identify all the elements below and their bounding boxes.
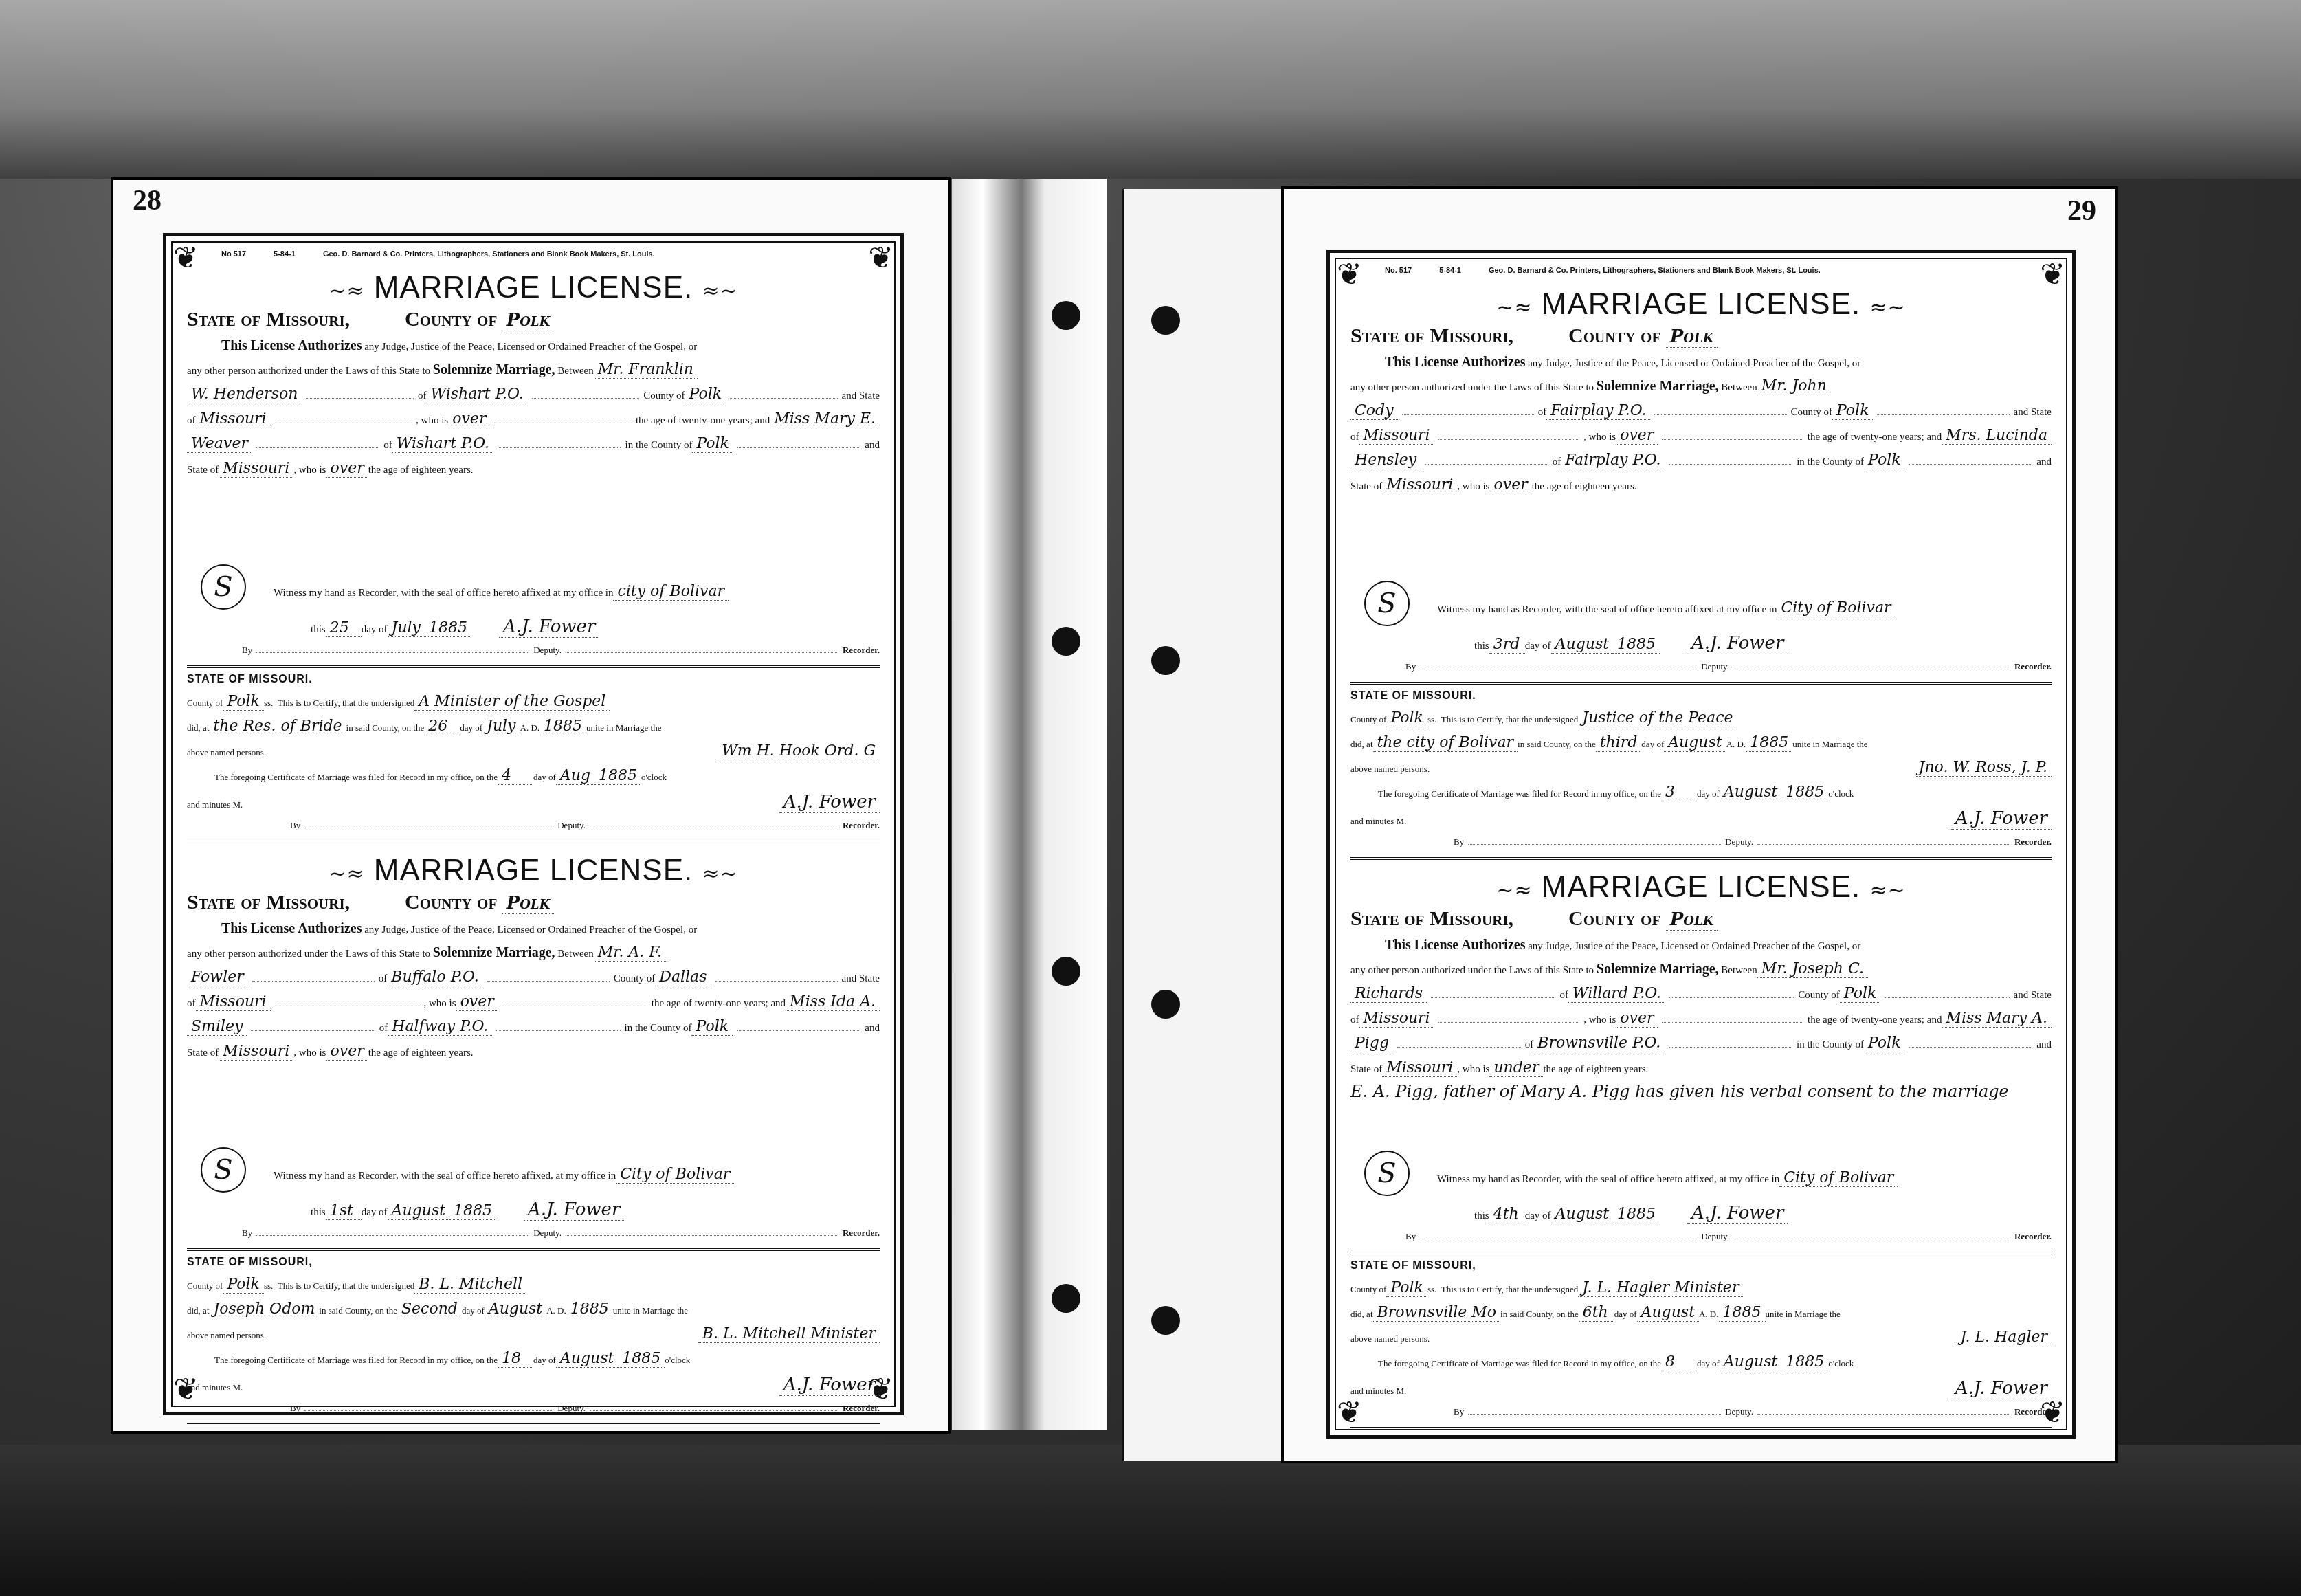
of-label: of (1350, 432, 1359, 443)
recorder-label: Recorder. (843, 645, 880, 656)
groom-county: Dallas (655, 968, 711, 986)
unite-label: unite in Marriage the (586, 722, 661, 733)
and-state-label: and State (2014, 407, 2052, 419)
foregoing-label: The foregoing Certificate of Marriage wa… (214, 1355, 498, 1366)
day-of-label: day of (1525, 1210, 1551, 1222)
by-label: By (290, 1403, 300, 1414)
recorder-seal-icon: S (201, 1147, 246, 1193)
marriage-license: ~≈ MARRIAGE LICENSE. ≈~ State of Missour… (1350, 844, 2052, 1435)
certificate-county: Polk (1386, 709, 1427, 727)
groom-state: Missouri (196, 410, 271, 428)
county-label: County of (405, 308, 497, 331)
filed-recorder-signature: A.J. Fower (779, 792, 880, 813)
flourish-icon: ~≈ (329, 862, 364, 886)
flourish-icon: ≈~ (702, 279, 737, 303)
day-of-label: day of (1614, 1309, 1637, 1320)
witness-line: S Witness my hand as Recorder, with the … (187, 1147, 880, 1193)
recorder-signature: A.J. Fower (499, 617, 599, 638)
groom-age-line: of Missouri , who is over the age of twe… (1350, 1010, 2052, 1028)
marriage-license: ~≈ MARRIAGE LICENSE. ≈~ State of Missour… (187, 828, 880, 1432)
filed-deputy-line: By Deputy. Recorder. (187, 1403, 880, 1414)
bride-name-part1: Miss Ida A. (786, 993, 880, 1011)
authorizes-label: This License Authorizes (221, 338, 362, 354)
deputy-label: Deputy. (557, 1403, 586, 1414)
license-title: ~≈ MARRIAGE LICENSE. ≈~ (187, 271, 880, 305)
bride-post-office: Halfway P.O. (388, 1018, 492, 1036)
county-value: Polk (1666, 909, 1718, 931)
and-state-label: and State (2014, 990, 2052, 1001)
did-at-label: did, at (187, 1305, 210, 1316)
oclock-label: o'clock (1828, 1358, 1854, 1369)
state-county-line: State of Missouri, County of Polk (1350, 907, 2052, 931)
authorization-line: This License Authorizes any Judge, Justi… (1350, 355, 2052, 370)
solemnize-label: Solemnize Marriage, (1597, 962, 1719, 977)
deputy-label: Deputy. (1701, 661, 1729, 672)
groom-name-part2: Cody (1350, 402, 1398, 420)
divider (187, 1248, 880, 1251)
county-label: County of (405, 891, 497, 913)
witness-place: city of Bolivar (613, 583, 729, 601)
minutes-label: and minutes M. (187, 799, 243, 810)
county-value: Polk (502, 310, 555, 331)
witness-line: S Witness my hand as Recorder, with the … (1350, 581, 2052, 626)
binder-hole (1052, 627, 1080, 656)
bride-county: Polk (1864, 452, 1905, 469)
authorizes-label: This License Authorizes (1385, 355, 1525, 370)
oclock-label: o'clock (665, 1355, 690, 1366)
who-is-label: , who is (293, 465, 326, 476)
authorization-line: This License Authorizes any Judge, Justi… (1350, 938, 2052, 953)
bride-age: over (1489, 476, 1531, 494)
binder-hole (1151, 306, 1180, 335)
certificate-line-3: above named persons. Wm H. Hook Ord. G (187, 742, 880, 760)
authorization-text-2: any other person authorized under the La… (187, 949, 430, 960)
solemnize-label: Solemnize Marriage, (433, 945, 555, 961)
groom-state: Missouri (1359, 427, 1434, 445)
authorization-text: any Judge, Justice of the Peace, License… (1528, 358, 1860, 370)
by-label: By (1405, 1231, 1416, 1242)
day-of-label: day of (1697, 788, 1720, 799)
groom-name-part2: W. Henderson (187, 386, 302, 403)
county-of-label: County of (1350, 1284, 1386, 1295)
witness-month: August (388, 1202, 449, 1220)
license-form-frame: ❦ ❦ ❦ ❦ No. 517 5-84-1 Geo. D. Barnard &… (1326, 250, 2076, 1439)
authorization-line: This License Authorizes any Judge, Justi… (187, 338, 880, 354)
ledger-page-left: 28 ❦ ❦ ❦ ❦ No 517 5-84-1 Geo. D. Barnard… (113, 180, 948, 1431)
of-label: of (379, 973, 388, 985)
groom-county: Polk (1840, 985, 1881, 1003)
groom-post-office: Willard P.O. (1568, 985, 1665, 1003)
in-county-label: in the County of (1797, 1039, 1864, 1051)
bride-name-part2: Hensley (1350, 452, 1421, 469)
above-named-label: above named persons. (187, 747, 266, 758)
certificate-line-3: above named persons. Jno. W. Ross, J. P. (1350, 759, 2052, 777)
form-number: No. 517 (1385, 267, 1412, 275)
witness-text: Witness my hand as Recorder, with the se… (1437, 604, 1777, 616)
license-title-text: MARRIAGE LICENSE. (1542, 287, 1860, 321)
witness-text: Witness my hand as Recorder, with the se… (1437, 1174, 1779, 1186)
between-label: Between (1721, 965, 1757, 977)
foregoing-label: The foregoing Certificate of Marriage wa… (1378, 788, 1661, 799)
witness-month: July (388, 619, 425, 637)
groom-state: Missouri (196, 993, 271, 1011)
deputy-line: By Deputy. Recorder. (1350, 661, 2052, 672)
filed-minutes-line: and minutes M. A.J. Fower (1350, 1378, 2052, 1399)
age-18-label: the age of eighteen years. (368, 1048, 474, 1059)
license-title: ~≈ MARRIAGE LICENSE. ≈~ (187, 854, 880, 888)
witness-place: City of Bolivar (1779, 1169, 1898, 1187)
state-of-label: State of (1350, 1064, 1382, 1076)
bride-line: Pigg of Brownsville P.O. in the County o… (1350, 1034, 2052, 1052)
bride-line: Smiley of Halfway P.O. in the County of … (187, 1018, 880, 1036)
above-named-label: above named persons. (1350, 764, 1430, 775)
recorder-label: Recorder. (843, 1228, 880, 1239)
witness-date-line: this 3rd day of August 1885 A.J. Fower (1350, 633, 2052, 654)
ad-label: A. D. (546, 1305, 566, 1316)
minutes-label: and minutes M. (1350, 1386, 1406, 1397)
groom-age-line: of Missouri , who is over the age of twe… (1350, 427, 2052, 445)
solemnize-line: any other person authorized under the La… (187, 944, 880, 962)
witness-month: August (1551, 636, 1613, 654)
certificate-state-heading: STATE OF MISSOURI. (187, 674, 880, 686)
ceremony-day: third (1596, 734, 1642, 752)
certificate-line-1: County of Polk ss. This is to Certify, t… (187, 693, 880, 711)
age-21-label: the age of twenty-one years; and (1808, 432, 1942, 443)
ss-label: ss. (264, 1281, 273, 1292)
and-label: and (865, 1023, 880, 1034)
recorder-seal-icon: S (201, 564, 246, 610)
authorization-text: any Judge, Justice of the Peace, License… (364, 924, 697, 936)
bride-name-part2: Smiley (187, 1018, 247, 1036)
state-county-line: State of Missouri, County of Polk (187, 891, 880, 914)
certificate-state-heading: STATE OF MISSOURI. (1350, 690, 2052, 702)
between-label: Between (557, 366, 593, 377)
bride-county: Polk (1864, 1034, 1905, 1052)
bride-age: under (1489, 1059, 1543, 1077)
page-number: 29 (2067, 195, 2096, 228)
recorder-label: Recorder. (2014, 1406, 2052, 1417)
recorder-seal-icon: S (1364, 581, 1410, 626)
groom-county: Polk (685, 386, 726, 403)
unite-label: unite in Marriage the (1766, 1309, 1841, 1320)
witness-date-line: this 1st day of August 1885 A.J. Fower (187, 1199, 880, 1221)
filed-minutes-line: and minutes M. A.J. Fower (187, 1375, 880, 1396)
witness-place: City of Bolivar (616, 1166, 734, 1184)
ceremony-year: 1885 (540, 718, 586, 735)
witness-text: Witness my hand as Recorder, with the se… (274, 588, 613, 599)
witness-text: Witness my hand as Recorder, with the se… (274, 1171, 616, 1182)
county-of-label: County of (187, 1281, 223, 1292)
did-at-label: did, at (1350, 739, 1373, 750)
bride-county: Polk (692, 435, 733, 453)
bride-post-office: Brownsville P.O. (1533, 1034, 1665, 1052)
age-18-label: the age of eighteen years. (368, 465, 474, 476)
officiant-signature: B. L. Mitchell Minister (698, 1325, 880, 1343)
witness-year: 1885 (425, 619, 471, 637)
authorizes-label: This License Authorizes (221, 921, 362, 937)
age-18-label: the age of eighteen years. (1532, 481, 1637, 493)
recorder-label: Recorder. (843, 1403, 880, 1414)
bride-name-part1: Miss Mary E. (770, 410, 880, 428)
filed-month: August (1720, 1353, 1781, 1371)
foregoing-label: The foregoing Certificate of Marriage wa… (1378, 1358, 1661, 1369)
certificate-state-heading: STATE OF MISSOURI, (1350, 1260, 2052, 1272)
filed-year: 1885 (594, 767, 641, 785)
binder-hole (1151, 1306, 1180, 1335)
ss-label: ss. (1427, 1284, 1436, 1295)
ceremony-year: 1885 (1746, 734, 1792, 752)
certificate-county: Polk (223, 1276, 264, 1294)
day-of-label: day of (462, 1305, 485, 1316)
day-of-label: day of (1641, 739, 1664, 750)
certify-label: This is to Certify, that the undersigned (278, 1281, 415, 1292)
this-label: this (1474, 1210, 1489, 1222)
certificate-officiant-title: J. L. Hagler Minister (1578, 1279, 1743, 1297)
state-label: State of Missouri, (187, 308, 350, 331)
recorder-signature: A.J. Fower (1687, 633, 1788, 654)
recorder-label: Recorder. (2014, 661, 2052, 672)
form-number: No 517 (221, 250, 246, 258)
groom-age: over (1616, 1010, 1658, 1028)
filed-line: The foregoing Certificate of Marriage wa… (187, 1350, 880, 1368)
certificate-line-1: County of Polk ss. This is to Certify, t… (1350, 1279, 2052, 1297)
printer-line: No 517 5-84-1 Geo. D. Barnard & Co. Prin… (187, 250, 880, 258)
groom-line: Richards of Willard P.O. County of Polk … (1350, 985, 2052, 1003)
ceremony-place: the city of Bolivar (1373, 734, 1518, 752)
ad-label: A. D. (520, 722, 540, 733)
groom-post-office: Buffalo P.O. (387, 968, 482, 986)
and-label: and (865, 440, 880, 452)
bride-name-part2: Weaver (187, 435, 252, 453)
binder-hole (1151, 990, 1180, 1019)
above-named-label: above named persons. (187, 1330, 266, 1341)
deputy-line: By Deputy. Recorder. (187, 645, 880, 656)
groom-age-line: of Missouri , who is over the age of twe… (187, 993, 880, 1011)
binder-hole (1052, 1284, 1080, 1313)
age-21-label: the age of twenty-one years; and (652, 998, 786, 1010)
deputy-label: Deputy. (533, 645, 562, 656)
solemnize-label: Solemnize Marriage, (1597, 379, 1719, 395)
of-label: of (187, 998, 196, 1010)
who-is-label: , who is (1457, 1064, 1489, 1076)
flourish-icon: ~≈ (1496, 296, 1532, 320)
consent-note: E. A. Pigg, father of Mary A. Pigg has g… (1350, 1081, 2052, 1102)
certificate-line-3: above named persons. J. L. Hagler (1350, 1329, 2052, 1346)
ss-label: ss. (264, 698, 273, 709)
ceremony-month: August (1664, 734, 1726, 752)
ledger-page-right: 29 ❦ ❦ ❦ ❦ No. 517 5-84-1 Geo. D. Barnar… (1284, 189, 2115, 1461)
groom-name-part2: Richards (1350, 985, 1427, 1003)
groom-name-part1: Mr. Franklin (594, 361, 698, 379)
ceremony-place: Brownsville Mo (1373, 1304, 1501, 1322)
filed-year: 1885 (618, 1350, 665, 1368)
ss-label: ss. (1427, 714, 1436, 725)
day-of-label: day of (1525, 641, 1551, 652)
of-label: of (187, 415, 196, 427)
certificate-officiant-title: Justice of the Peace (1578, 709, 1737, 727)
deputy-label: Deputy. (1701, 1231, 1729, 1242)
groom-age: over (456, 993, 498, 1011)
age-18-label: the age of eighteen years. (1543, 1064, 1648, 1076)
minutes-label: and minutes M. (187, 1382, 243, 1393)
ceremony-year: 1885 (566, 1300, 613, 1318)
recorder-signature: A.J. Fower (524, 1199, 624, 1221)
witness-year: 1885 (1613, 1206, 1660, 1223)
of-label: of (1559, 990, 1568, 1001)
filed-month: August (556, 1350, 618, 1368)
age-21-label: the age of twenty-one years; and (636, 415, 770, 427)
day-of-label: day of (362, 1207, 388, 1219)
unite-label: unite in Marriage the (1792, 739, 1867, 750)
binding-gutter (952, 179, 1107, 1430)
witness-day: 25 (326, 619, 362, 637)
and-label: and (2036, 1039, 2052, 1051)
witness-day: 3rd (1489, 636, 1525, 654)
filed-month: August (1720, 784, 1781, 801)
certificate-line-1: County of Polk ss. This is to Certify, t… (187, 1276, 880, 1294)
between-label: Between (557, 949, 593, 960)
of-label: of (1350, 1015, 1359, 1026)
certify-label: This is to Certify, that the undersigned (1441, 714, 1579, 725)
bride-name-part1: Mrs. Lucinda (1942, 427, 2052, 445)
license-form-frame: ❦ ❦ ❦ ❦ No 517 5-84-1 Geo. D. Barnard & … (163, 233, 904, 1415)
solemnize-line: any other person authorized under the La… (1350, 377, 2052, 395)
groom-name-part1: Mr. John (1757, 377, 1831, 395)
day-of-label: day of (460, 722, 482, 733)
state-county-line: State of Missouri, County of Polk (1350, 324, 2052, 348)
flourish-icon: ~≈ (1496, 878, 1532, 902)
witness-month: August (1551, 1206, 1613, 1223)
certificate-line-2: did, at Brownsville Mo in said County, o… (1350, 1304, 2052, 1322)
binder-hole (1052, 301, 1080, 330)
officiant-signature: Wm H. Hook Ord. G (718, 742, 880, 760)
county-of-label: County of (1350, 714, 1386, 725)
witness-day: 4th (1489, 1206, 1525, 1223)
who-is-label: , who is (1583, 432, 1616, 443)
and-label: and (2036, 456, 2052, 468)
certificate-state-heading: STATE OF MISSOURI, (187, 1256, 880, 1269)
in-county-label: in the County of (625, 1023, 692, 1034)
filed-line: The foregoing Certificate of Marriage wa… (1350, 1353, 2052, 1371)
by-label: By (1405, 661, 1416, 672)
groom-name-part2: Fowler (187, 968, 248, 986)
recorder-label: Recorder. (2014, 1231, 2052, 1242)
in-said-county-label: in said County, on the (1500, 1309, 1579, 1320)
bride-state: Missouri (219, 460, 293, 478)
filed-day: 3 (1661, 784, 1697, 801)
page-number: 28 (133, 184, 162, 217)
county-label: County of (1568, 324, 1660, 347)
groom-state: Missouri (1359, 1010, 1434, 1028)
certify-label: This is to Certify, that the undersigned (278, 698, 415, 709)
county-of-label: County of (1798, 990, 1839, 1001)
groom-name-part1: Mr. A. F. (594, 944, 666, 962)
filed-minutes-line: and minutes M. A.J. Fower (1350, 808, 2052, 830)
witness-year: 1885 (449, 1202, 496, 1220)
witness-line: S Witness my hand as Recorder, with the … (1350, 1151, 2052, 1196)
filed-minutes-line: and minutes M. A.J. Fower (187, 792, 880, 813)
recorder-seal-icon: S (1364, 1151, 1410, 1196)
background-top (0, 0, 2301, 179)
county-of-label: County of (614, 973, 655, 985)
who-is-label: , who is (424, 998, 456, 1010)
bride-age-line: State of Missouri , who is over the age … (1350, 476, 2052, 494)
by-label: By (242, 1228, 252, 1239)
this-label: this (311, 1207, 326, 1219)
who-is-label: , who is (1583, 1015, 1616, 1026)
of-label: of (379, 1023, 388, 1034)
county-of-label: County of (187, 698, 223, 709)
between-label: Between (1721, 382, 1757, 394)
authorization-text: any Judge, Justice of the Peace, License… (1528, 941, 1860, 953)
filed-recorder-signature: A.J. Fower (1951, 808, 2052, 830)
groom-age: over (1616, 427, 1658, 445)
county-value: Polk (1666, 326, 1718, 348)
divider (1350, 1427, 2052, 1430)
printer-line: No. 517 5-84-1 Geo. D. Barnard & Co. Pri… (1350, 267, 2052, 275)
ad-label: A. D. (1699, 1309, 1719, 1320)
day-of-label: day of (533, 772, 556, 783)
bride-age: over (326, 460, 368, 478)
county-of-label: County of (1791, 407, 1832, 419)
solemnize-line: any other person authorized under the La… (1350, 960, 2052, 978)
by-label: By (1454, 1406, 1464, 1417)
filed-month: Aug (556, 767, 594, 785)
witness-place: City of Bolivar (1777, 599, 1895, 617)
state-county-line: State of Missouri, County of Polk (187, 308, 880, 331)
printer-imprint: Geo. D. Barnard & Co. Printers, Lithogra… (323, 250, 655, 258)
flourish-icon: ~≈ (329, 279, 364, 303)
day-of-label: day of (1697, 1358, 1720, 1369)
by-label: By (242, 645, 252, 656)
ceremony-day: Second (397, 1300, 462, 1318)
and-state-label: and State (842, 973, 880, 985)
bride-state: Missouri (219, 1043, 293, 1061)
marriage-license: No 517 5-84-1 Geo. D. Barnard & Co. Prin… (187, 236, 880, 849)
authorization-text: any Judge, Justice of the Peace, License… (364, 342, 697, 353)
certificate-line-3: above named persons. B. L. Mitchell Mini… (187, 1325, 880, 1343)
binder-hole (1151, 646, 1180, 675)
groom-line: Fowler of Buffalo P.O. County of Dallas … (187, 968, 880, 986)
groom-line: Cody of Fairplay P.O. County of Polk and… (1350, 402, 2052, 420)
ceremony-day: 26 (424, 718, 460, 735)
age-21-label: the age of twenty-one years; and (1808, 1015, 1942, 1026)
background-bottom (0, 1445, 2301, 1596)
filed-deputy-line: By Deputy. Recorder. (1350, 1406, 2052, 1417)
filed-recorder-signature: A.J. Fower (779, 1375, 880, 1396)
ad-label: A. D. (1726, 739, 1746, 750)
filed-day: 4 (498, 767, 533, 785)
day-of-label: day of (362, 624, 388, 636)
bride-post-office: Fairplay P.O. (1561, 452, 1665, 469)
and-state-label: and State (842, 390, 880, 402)
filed-line: The foregoing Certificate of Marriage wa… (1350, 784, 2052, 801)
bride-age-line: State of Missouri , who is over the age … (187, 1043, 880, 1061)
bride-line: Hensley of Fairplay P.O. in the County o… (1350, 452, 2052, 469)
ceremony-place: Joseph Odom (210, 1300, 320, 1318)
recorder-signature: A.J. Fower (1687, 1203, 1788, 1224)
witness-line: S Witness my hand as Recorder, with the … (187, 564, 880, 610)
this-label: this (1474, 641, 1489, 652)
deputy-label: Deputy. (1725, 1406, 1753, 1417)
in-said-county-label: in said County, on the (1518, 739, 1596, 750)
did-at-label: did, at (187, 722, 210, 733)
filed-year: 1885 (1781, 784, 1828, 801)
divider (187, 665, 880, 668)
marriage-license: No. 517 5-84-1 Geo. D. Barnard & Co. Pri… (1350, 253, 2052, 865)
county-of-label: County of (643, 390, 685, 402)
deputy-line: By Deputy. Recorder. (187, 1228, 880, 1239)
